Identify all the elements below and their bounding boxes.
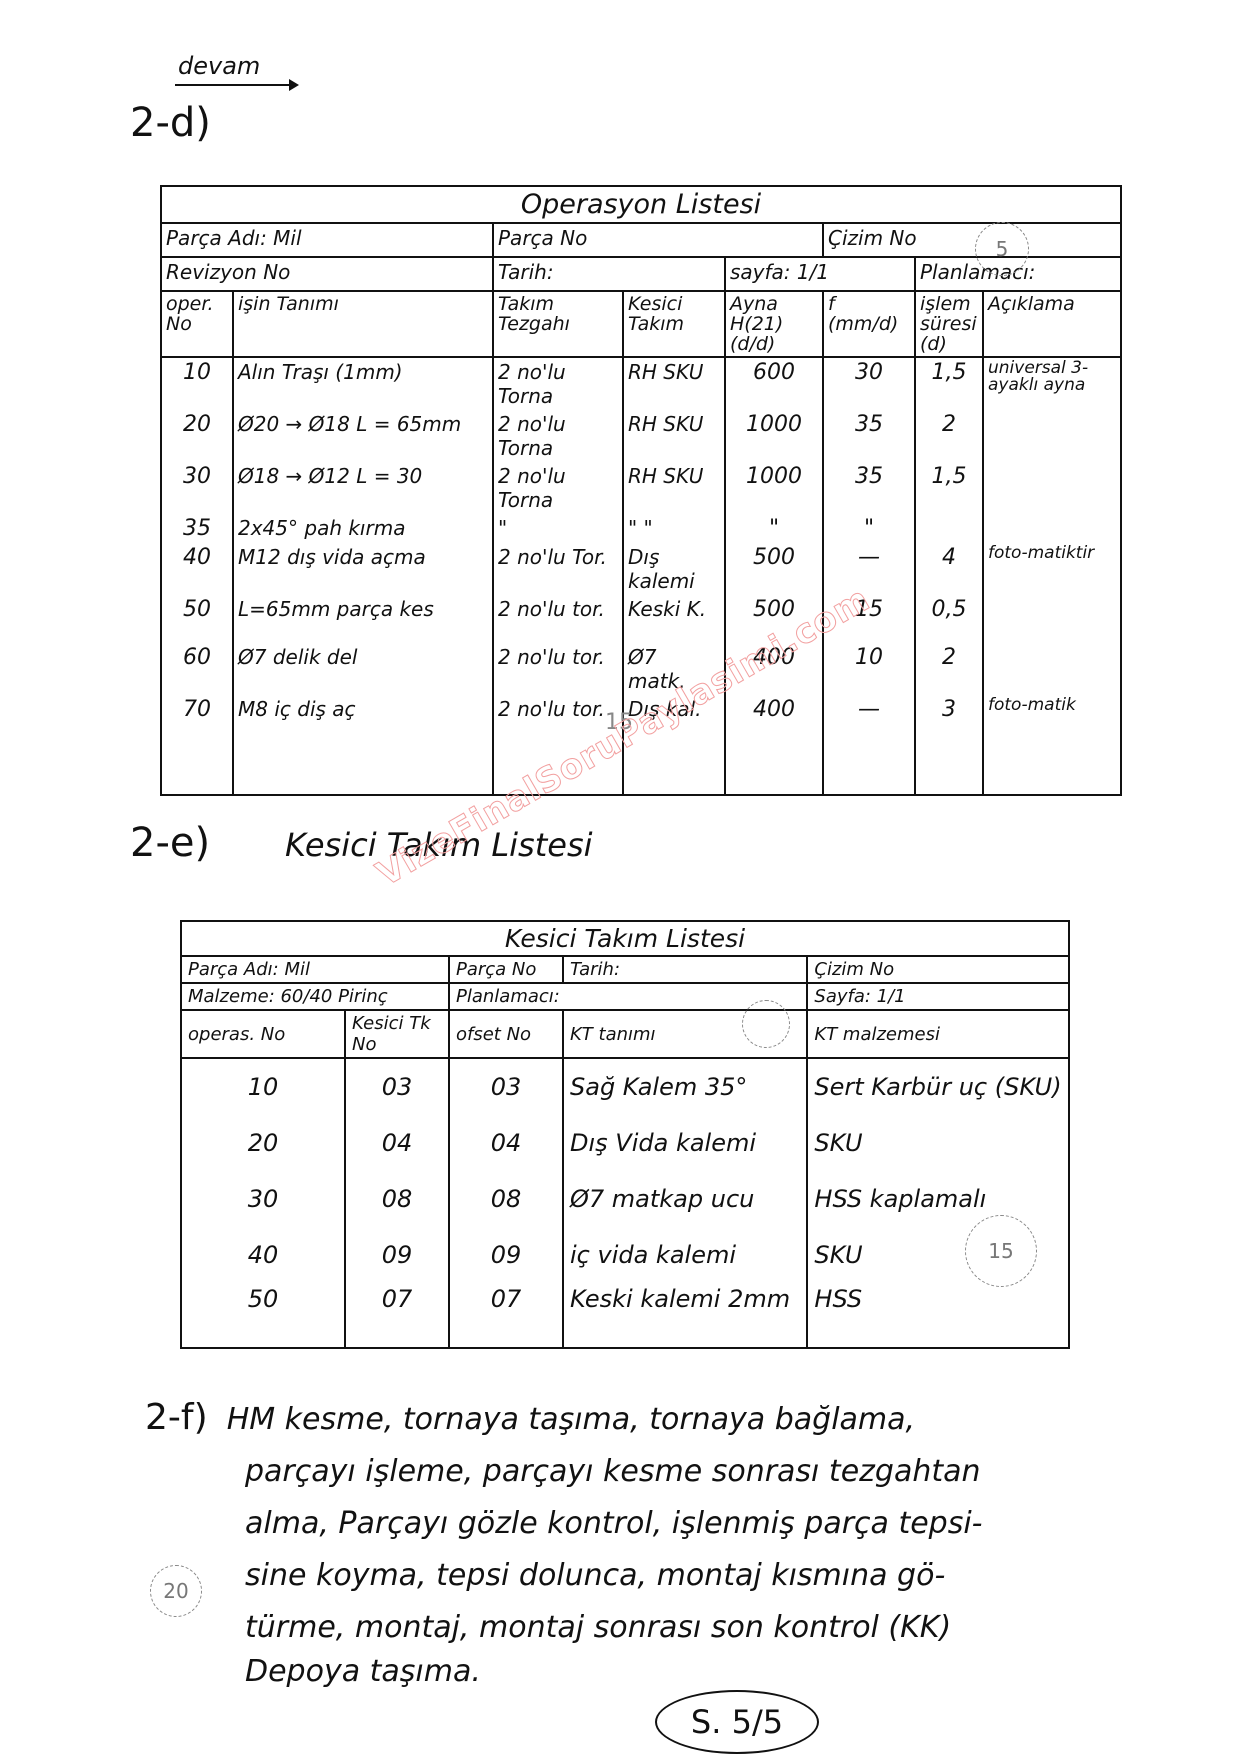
cell-tool-material: HSS kaplamalı (807, 1171, 1069, 1227)
cell-op-no: 20 (181, 1115, 345, 1171)
cell-spindle-speed: 600 (725, 357, 823, 410)
cell-machine: 2 no'lu Torna (493, 410, 623, 462)
section-d-label: 2-d) (130, 100, 211, 146)
cell-offset-no: 07 (449, 1283, 563, 1348)
cell-process-time: 4 (915, 543, 983, 595)
operation-list-title: Operasyon Listesi (161, 186, 1121, 223)
table-row: 60Ø7 delik del2 no'lu tor.Ø7 matk.400102 (161, 643, 1121, 695)
cell-description: L=65mm parça kes (233, 595, 493, 643)
kt-col-header-tool-material: KT malzemesi (807, 1010, 1069, 1058)
cell-machine: 2 no'lu Torna (493, 462, 623, 514)
cell-tool-no: 04 (345, 1115, 449, 1171)
cell-op-no: 60 (161, 643, 233, 695)
cutting-tool-list-title: Kesici Takım Listesi (181, 921, 1069, 956)
cell-op-no: 30 (161, 462, 233, 514)
cell-tool-no: 07 (345, 1283, 449, 1348)
cutting-tool-list-table: Kesici Takım Listesi Parça Adı: Mil Parç… (180, 920, 1070, 1349)
cell-process-time: 2 (915, 643, 983, 695)
process-line: parçayı işleme, parçayı kesme sonrası te… (145, 1446, 1145, 1498)
cell-cutting-tool: Dış kalemi (623, 543, 725, 595)
cell-tool-desc: Ø7 matkap ucu (563, 1171, 807, 1227)
cell-notes: foto-matiktir (983, 543, 1121, 595)
table-row: 200404Dış Vida kalemiSKU (181, 1115, 1069, 1171)
grade-mark-cutting-tool-list: 15 (965, 1215, 1037, 1287)
cell-description: Ø7 delik del (233, 643, 493, 695)
cell-cutting-tool: " " (623, 514, 725, 543)
process-line: alma, Parçayı gözle kontrol, işlenmiş pa… (145, 1498, 1145, 1550)
cell-feed: 35 (823, 462, 915, 514)
cell-tool-desc: Dış Vida kalemi (563, 1115, 807, 1171)
cell-process-time: 1,5 (915, 462, 983, 514)
table-row: 10Alın Traşı (1mm)2 no'lu TornaRH SKU600… (161, 357, 1121, 410)
cell-description: Ø18 → Ø12 L = 30 (233, 462, 493, 514)
kt-material-field: Malzeme: 60/40 Pirinç (181, 983, 449, 1010)
cell-notes: foto-matik (983, 695, 1121, 795)
cell-tool-no: 03 (345, 1058, 449, 1115)
part-no-field: Parça No (493, 223, 823, 257)
cell-description: M8 iç diş aç (233, 695, 493, 795)
cell-notes: universal 3-ayaklı ayna (983, 357, 1121, 410)
kt-page-field: Sayfa: 1/1 (807, 983, 1069, 1010)
kt-col-header-tool-no: Kesici Tk No (345, 1010, 449, 1058)
date-field: Tarih: (493, 257, 725, 291)
table-row: 500707Keski kalemi 2mmHSS (181, 1283, 1069, 1348)
cell-tool-no: 09 (345, 1227, 449, 1283)
cell-notes (983, 643, 1121, 695)
col-header-machine: Takım Tezgahı (493, 291, 623, 357)
cell-feed: 35 (823, 410, 915, 462)
kt-date-field: Tarih: (563, 956, 807, 983)
cell-tool-desc: iç vida kalemi (563, 1227, 807, 1283)
kt-col-header-op-no: operas. No (181, 1010, 345, 1058)
table-row: 100303Sağ Kalem 35°Sert Karbür uç (SKU) (181, 1058, 1069, 1115)
cell-machine: 2 no'lu tor. (493, 643, 623, 695)
continued-label: devam (178, 52, 260, 80)
cell-offset-no: 08 (449, 1171, 563, 1227)
col-header-cutting-tool: Kesici Takım (623, 291, 725, 357)
table-row: 30Ø18 → Ø12 L = 302 no'lu TornaRH SKU100… (161, 462, 1121, 514)
drawing-no-field: Çizim No (823, 223, 1121, 257)
cell-op-no: 50 (181, 1283, 345, 1348)
cell-process-time: 3 (915, 695, 983, 795)
cell-description: Ø20 → Ø18 L = 65mm (233, 410, 493, 462)
col-header-description: işin Tanımı (233, 291, 493, 357)
cell-machine: 2 no'lu tor. (493, 595, 623, 643)
process-line: sine koyma, tepsi dolunca, montaj kısmın… (145, 1550, 1145, 1602)
cell-feed: " (823, 514, 915, 543)
col-header-spindle-speed: Ayna H(21)(d/d) (725, 291, 823, 357)
faint-circle-mark (742, 1000, 790, 1048)
cell-cutting-tool: RH SKU (623, 357, 725, 410)
cell-machine: " (493, 514, 623, 543)
cell-process-time: 2 (915, 410, 983, 462)
section-e-label: 2-e) (130, 820, 210, 866)
cell-tool-desc: Keski kalemi 2mm (563, 1283, 807, 1348)
cell-op-no: 40 (161, 543, 233, 595)
cell-description: Alın Traşı (1mm) (233, 357, 493, 410)
col-header-op-no: oper. No (161, 291, 233, 357)
cell-machine: 2 no'lu Torna (493, 357, 623, 410)
process-line: HM kesme, tornaya taşıma, tornaya bağlam… (227, 1402, 915, 1437)
cell-spindle-speed: 400 (725, 695, 823, 795)
cell-offset-no: 04 (449, 1115, 563, 1171)
cell-tool-desc: Sağ Kalem 35° (563, 1058, 807, 1115)
process-line: türme, montaj, montaj sonrası son kontro… (145, 1602, 1145, 1654)
kt-drawing-no-field: Çizim No (807, 956, 1069, 983)
cell-tool-no: 08 (345, 1171, 449, 1227)
cell-op-no: 30 (181, 1171, 345, 1227)
process-flow-paragraph: 2-f) HM kesme, tornaya taşıma, tornaya b… (145, 1392, 1145, 1690)
cell-offset-no: 09 (449, 1227, 563, 1283)
cell-spindle-speed: 500 (725, 543, 823, 595)
table-row: 300808Ø7 matkap ucuHSS kaplamalı (181, 1171, 1069, 1227)
cell-notes (983, 514, 1121, 543)
process-line: Depoya taşıma. (145, 1654, 1145, 1690)
cell-op-no: 10 (161, 357, 233, 410)
page-field: sayfa: 1/1 (725, 257, 915, 291)
part-name-field: Parça Adı: Mil (161, 223, 493, 257)
cell-process-time (915, 514, 983, 543)
cell-process-time: 1,5 (915, 357, 983, 410)
cell-spindle-speed: " (725, 514, 823, 543)
cell-op-no: 20 (161, 410, 233, 462)
cell-spindle-speed: 1000 (725, 462, 823, 514)
kt-col-header-offset-no: ofset No (449, 1010, 563, 1058)
kt-part-no-field: Parça No (449, 956, 563, 983)
col-header-feed: f (mm/d) (823, 291, 915, 357)
cell-op-no: 40 (181, 1227, 345, 1283)
revision-no-field: Revizyon No (161, 257, 493, 291)
cell-description: 2x45° pah kırma (233, 514, 493, 543)
table-row: 50L=65mm parça kes2 no'lu tor.Keski K.50… (161, 595, 1121, 643)
section-f-label: 2-f) (145, 1397, 208, 1438)
cell-feed: 10 (823, 643, 915, 695)
cell-feed: — (823, 695, 915, 795)
cell-tool-material: HSS (807, 1283, 1069, 1348)
cell-op-no: 35 (161, 514, 233, 543)
col-header-notes: Açıklama (983, 291, 1121, 357)
cell-notes (983, 462, 1121, 514)
cell-process-time: 0,5 (915, 595, 983, 643)
cell-notes (983, 595, 1121, 643)
cell-notes (983, 410, 1121, 462)
grade-mark-operation-list: 5 (975, 222, 1029, 276)
cell-machine: 2 no'lu Tor. (493, 543, 623, 595)
cell-cutting-tool: RH SKU (623, 410, 725, 462)
cell-tool-material: SKU (807, 1115, 1069, 1171)
cell-feed: — (823, 543, 915, 595)
cell-cutting-tool: Keski K. (623, 595, 725, 643)
page-stamp: S. 5/5 (655, 1690, 819, 1754)
cell-spindle-speed: 1000 (725, 410, 823, 462)
table-row: 20Ø20 → Ø18 L = 65mm2 no'lu TornaRH SKU1… (161, 410, 1121, 462)
cell-offset-no: 03 (449, 1058, 563, 1115)
col-header-process-time: işlem süresi (d) (915, 291, 983, 357)
continued-arrow-icon (175, 84, 297, 86)
kt-part-name-field: Parça Adı: Mil (181, 956, 449, 983)
cell-cutting-tool: RH SKU (623, 462, 725, 514)
cell-op-no: 50 (161, 595, 233, 643)
grade-mark-process-flow: 20 (150, 1565, 202, 1617)
table-row: 352x45° pah kırma"" """ (161, 514, 1121, 543)
table-row: 40M12 dış vida açma2 no'lu Tor.Dış kalem… (161, 543, 1121, 595)
cell-op-no: 70 (161, 695, 233, 795)
cell-tool-material: Sert Karbür uç (SKU) (807, 1058, 1069, 1115)
cell-op-no: 10 (181, 1058, 345, 1115)
cell-description: M12 dış vida açma (233, 543, 493, 595)
cell-feed: 30 (823, 357, 915, 410)
table-row: 400909iç vida kalemiSKU (181, 1227, 1069, 1283)
